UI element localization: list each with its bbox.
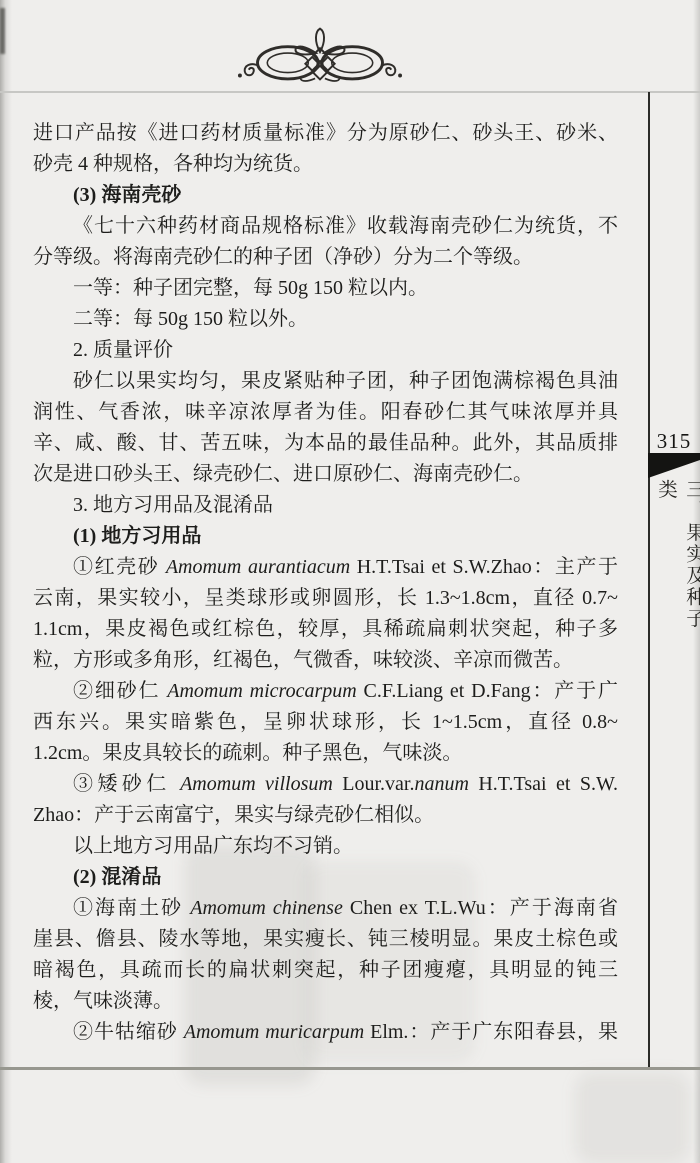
scan-corner-smudge (0, 8, 5, 54)
text-line: 二等：每 50g 150 粒以外。 (33, 304, 618, 335)
text-line: 崖县、儋县、陵水等地，果实瘦长、钝三棱明显。果皮土棕色或 (33, 924, 618, 955)
text-line: ①红壳砂 Amomum aurantiacum H.T.Tsai et S.W.… (33, 552, 618, 583)
text-segment: (2) 混淆品 (73, 866, 161, 888)
text-line: 进口产品按《进口药材质量标准》分为原砂仁、砂头王、砂米、 (33, 118, 618, 149)
text-line: ③矮砂仁 Amomum villosum Lour.var.nanum H.T.… (33, 769, 618, 800)
text-segment: 二等：每 50g 150 粒以外。 (73, 308, 308, 330)
latin-species-name: Amomum villosum (180, 773, 333, 795)
text-segment: H.T.Tsai et S.W.Zhao：主产于 (350, 556, 618, 578)
text-segment: (3) 海南壳砂 (73, 184, 181, 206)
text-segment: 以上地方习用品广东均不习销。 (73, 835, 353, 857)
chapter-tab-label: 三、果实及种子类 (651, 479, 700, 649)
text-segment: 棱，气味淡薄。 (33, 990, 173, 1012)
text-segment: Lour.var. (333, 773, 415, 795)
latin-species-name: nanum (414, 773, 468, 795)
text-segment: 粒，方形或多角形，红褐色，气微香，味较淡、辛凉而微苦。 (33, 649, 573, 671)
text-segment: 崖县、儋县、陵水等地，果实瘦长、钝三棱明显。果皮土棕色或 (33, 928, 618, 950)
scan-watermark-blob (575, 1072, 690, 1163)
ornament-flourish-icon (237, 24, 403, 86)
top-rule (0, 91, 700, 93)
text-segment: Zhao：产于云南富宁，果实与绿壳砂仁相似。 (33, 804, 434, 826)
text-column: 进口产品按《进口药材质量标准》分为原砂仁、砂头王、砂米、砂壳 4 种规格，各种均… (33, 118, 618, 1048)
text-line: ②牛牯缩砂 Amomum muricarpum Elm.：产于广东阳春县，果 (33, 1017, 618, 1048)
text-line: 2. 质量评价 (33, 335, 618, 366)
text-segment: ②细砂仁 (73, 680, 167, 702)
text-line: (1) 地方习用品 (33, 521, 618, 552)
text-segment: 3. 地方习用品及混淆品 (73, 494, 273, 516)
text-segment: 次是进口砂头王、绿壳砂仁、进口原砂仁、海南壳砂仁。 (33, 463, 533, 485)
text-segment: Elm.：产于广东阳春县，果 (364, 1021, 618, 1043)
text-segment: 暗褐色，具疏而长的扁状刺突起，种子团瘦瘪，具明显的钝三 (33, 959, 618, 981)
text-line: 分等级。将海南壳砂仁的种子团（净砂）分为二个等级。 (33, 242, 618, 273)
text-segment: 分等级。将海南壳砂仁的种子团（净砂）分为二个等级。 (33, 246, 533, 268)
text-segment: ③矮砂仁 (73, 773, 180, 795)
text-line: 粒，方形或多角形，红褐色，气微香，味较淡、辛凉而微苦。 (33, 645, 618, 676)
text-line: 3. 地方习用品及混淆品 (33, 490, 618, 521)
text-line: 润性、气香浓，味辛凉浓厚者为佳。阳春砂仁其气味浓厚并具 (33, 397, 618, 428)
text-line: 砂壳 4 种规格，各种均为统货。 (33, 149, 618, 180)
text-line: 次是进口砂头王、绿壳砂仁、进口原砂仁、海南壳砂仁。 (33, 459, 618, 490)
text-segment: 西东兴。果实暗紫色，呈卵状球形，长 1~1.5cm，直径 0.8~ (33, 711, 618, 733)
text-segment: 一等：种子团完整，每 50g 150 粒以内。 (73, 277, 428, 299)
text-segment: 砂壳 4 种规格，各种均为统货。 (33, 153, 313, 175)
latin-species-name: Amomum aurantiacum (166, 556, 350, 578)
text-line: 暗褐色，具疏而长的扁状刺突起，种子团瘦瘪，具明显的钝三 (33, 955, 618, 986)
text-line: 棱，气味淡薄。 (33, 986, 618, 1017)
text-segment: 1.2cm。果皮具较长的疏刺。种子黑色，气味淡。 (33, 742, 462, 764)
text-segment: 2. 质量评价 (73, 339, 173, 361)
text-line: 1.1cm，果皮褐色或红棕色，较厚，具稀疏扁刺状突起，种子多 (33, 614, 618, 645)
scan-edge-shadow-left (0, 0, 12, 1163)
bottom-rule (0, 1067, 700, 1070)
text-line: (3) 海南壳砂 (33, 180, 618, 211)
text-line: 西东兴。果实暗紫色，呈卵状球形，长 1~1.5cm，直径 0.8~ (33, 707, 618, 738)
text-segment: 砂仁以果实均匀，果皮紧贴种子团，种子团饱满棕褐色具油 (73, 370, 618, 392)
text-segment: 辛、咸、酸、甘、苦五味，为本品的最佳品种。此外，其品质排 (33, 432, 618, 454)
text-segment: 润性、气香浓，味辛凉浓厚者为佳。阳春砂仁其气味浓厚并具 (33, 401, 618, 423)
text-segment: Chen ex T.L.Wu：产于海南省 (343, 897, 618, 919)
text-segment: 1.1cm，果皮褐色或红棕色，较厚，具稀疏扁刺状突起，种子多 (33, 618, 618, 640)
text-line: 《七十六种药材商品规格标准》收载海南壳砂仁为统货，不 (33, 211, 618, 242)
text-line: Zhao：产于云南富宁，果实与绿壳砂仁相似。 (33, 800, 618, 831)
text-line: 一等：种子团完整，每 50g 150 粒以内。 (33, 273, 618, 304)
text-segment: 《七十六种药材商品规格标准》收载海南壳砂仁为统货，不 (73, 215, 618, 237)
latin-species-name: Amomum muricarpum (184, 1021, 364, 1043)
text-segment: (1) 地方习用品 (73, 525, 201, 547)
text-line: 砂仁以果实均匀，果皮紧贴种子团，种子团饱满棕褐色具油 (33, 366, 618, 397)
book-page: { "page_number": "315", "chapter_label":… (0, 0, 700, 1163)
text-segment: ①海南土砂 (73, 897, 190, 919)
text-segment: 进口产品按《进口药材质量标准》分为原砂仁、砂头王、砂米、 (33, 122, 618, 144)
text-segment: C.F.Liang et D.Fang：产于广 (357, 680, 618, 702)
text-line: 1.2cm。果皮具较长的疏刺。种子黑色，气味淡。 (33, 738, 618, 769)
text-segment: H.T.Tsai et S.W. (469, 773, 618, 795)
text-line: ②细砂仁 Amomum microcarpum C.F.Liang et D.F… (33, 676, 618, 707)
sidebar-vertical-rule (648, 92, 650, 1068)
page-number: 315 (650, 429, 698, 454)
text-line: ①海南土砂 Amomum chinense Chen ex T.L.Wu：产于海… (33, 893, 618, 924)
text-line: 云南，果实较小，呈类球形或卵圆形，长 1.3~1.8cm，直径 0.7~ (33, 583, 618, 614)
text-segment: ②牛牯缩砂 (73, 1021, 184, 1043)
text-line: 辛、咸、酸、甘、苦五味，为本品的最佳品种。此外，其品质排 (33, 428, 618, 459)
latin-species-name: Amomum chinense (190, 897, 343, 919)
text-line: 以上地方习用品广东均不习销。 (33, 831, 618, 862)
latin-species-name: Amomum microcarpum (167, 680, 356, 702)
text-segment: ①红壳砂 (73, 556, 166, 578)
text-line: (2) 混淆品 (33, 862, 618, 893)
text-segment: 云南，果实较小，呈类球形或卵圆形，长 1.3~1.8cm，直径 0.7~ (33, 587, 618, 609)
